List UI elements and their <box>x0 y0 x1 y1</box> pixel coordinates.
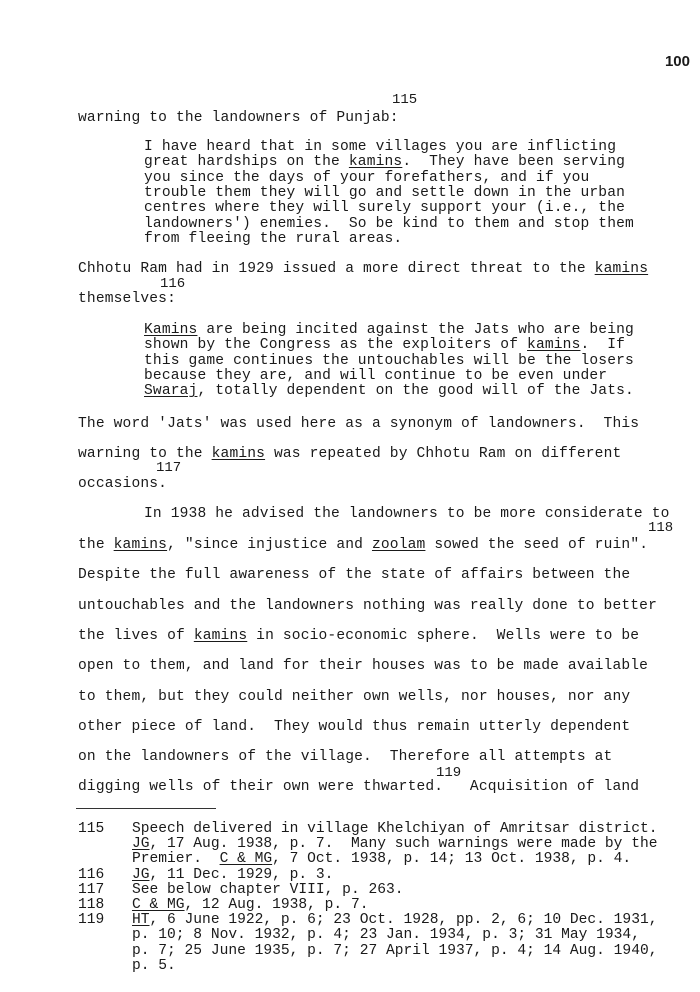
text-segment: , 7 Oct. 1938, p. 14; 13 Oct. 1938, p. 4… <box>272 851 631 867</box>
text-line: centres where they will surely support y… <box>144 200 625 216</box>
text-line: from fleeing the rural areas. <box>144 231 402 247</box>
text-line: I have heard that in some villages you a… <box>144 139 616 155</box>
text-line: Premier. C & MG, 7 Oct. 1938, p. 14; 13 … <box>132 852 631 867</box>
text-line: occasions. <box>78 476 167 492</box>
text-line: Speech delivered in village Khelchiyan o… <box>132 822 657 837</box>
underlined-term: kamins <box>527 337 580 353</box>
text-line: C & MG, 12 Aug. 1938, p. 7. <box>132 898 368 913</box>
body-line: themselves: <box>78 291 176 307</box>
body-line: warning to the landowners of Punjab: <box>78 110 399 126</box>
text-line: In 1938 he advised the landowners to be … <box>144 506 670 522</box>
text-line: Kamins are being incited against the Jat… <box>144 322 634 338</box>
text-line: great hardships on the kamins. They have… <box>144 154 625 170</box>
text-segment: Premier. <box>132 851 220 867</box>
text-line: The word 'Jats' was used here as a synon… <box>78 416 639 432</box>
text-line: landowners') enemies. So be kind to them… <box>144 216 634 232</box>
text-segment: are being incited against the Jats who a… <box>197 322 633 338</box>
text-line: the lives of kamins in socio-economic sp… <box>78 628 639 644</box>
text-segment: the lives of <box>78 628 194 644</box>
text-line: this game continues the untouchables wil… <box>144 353 634 369</box>
text-line: untouchables and the landowners nothing … <box>78 598 657 614</box>
text-line: on the landowners of the village. Theref… <box>78 749 612 765</box>
text-line: JG, 17 Aug. 1938, p. 7. Many such warnin… <box>132 837 657 852</box>
underlined-term: kamins <box>349 154 402 170</box>
underlined-term: JG <box>132 836 150 852</box>
text-segment: , 17 Aug. 1938, p. 7. Many such warnings… <box>150 836 658 852</box>
footnote-number: 118 <box>78 898 104 913</box>
footnote-ref-116: 116 <box>160 277 185 291</box>
text-segment: , "since injustice and <box>167 537 372 553</box>
underlined-term: zoolam <box>372 537 425 553</box>
text-segment: , 6 June 1922, p. 6; 23 Oct. 1928, pp. 2… <box>150 912 658 928</box>
text-line: See below chapter VIII, p. 263. <box>132 883 404 898</box>
underlined-term: Swaraj <box>144 383 197 399</box>
text-segment: , 11 Dec. 1929, p. 3. <box>150 867 334 883</box>
footnote-ref-118: 118 <box>648 521 673 535</box>
text-segment: . If <box>580 337 625 353</box>
footnote-ref-117: 117 <box>156 461 181 475</box>
text-segment: . They have been serving <box>402 154 625 170</box>
text-segment: sowed the seed of ruin". <box>425 537 648 553</box>
underlined-term: HT <box>132 912 150 928</box>
text-segment: great hardships on the <box>144 154 349 170</box>
underlined-term: kamins <box>194 628 247 644</box>
underlined-term: C & MG <box>132 897 185 913</box>
text-segment: shown by the Congress as the exploiters … <box>144 337 527 353</box>
text-line: to them, but they could neither own well… <box>78 689 630 705</box>
footnote-ref-115: 115 <box>392 93 417 107</box>
underlined-term: JG <box>132 867 150 883</box>
text-line: the kamins, "since injustice and zoolam … <box>78 537 648 553</box>
text-segment: the <box>78 537 114 553</box>
text-line: JG, 11 Dec. 1929, p. 3. <box>132 868 333 883</box>
text-line: because they are, and will continue to b… <box>144 368 607 384</box>
text-line: trouble them they will go and settle dow… <box>144 185 625 201</box>
text-line: digging wells of their own were thwarted… <box>78 779 639 795</box>
text-segment: in socio-economic sphere. Wells were to … <box>247 628 639 644</box>
text-line: Despite the full awareness of the state … <box>78 567 630 583</box>
underlined-term: kamins <box>595 261 648 277</box>
text-segment: , totally dependent on the good will of … <box>197 383 633 399</box>
footnote-number: 117 <box>78 883 104 898</box>
body-line: Chhotu Ram had in 1929 issued a more dir… <box>78 261 648 277</box>
text-line: HT, 6 June 1922, p. 6; 23 Oct. 1928, pp.… <box>132 913 657 928</box>
text-line: Swaraj, totally dependent on the good wi… <box>144 383 634 399</box>
text-line: you since the days of your forefathers, … <box>144 170 589 186</box>
text-line: open to them, and land for their houses … <box>78 658 648 674</box>
underlined-term: kamins <box>212 446 265 462</box>
text-line: shown by the Congress as the exploiters … <box>144 337 625 353</box>
text-segment: Chhotu Ram had in 1929 issued a more dir… <box>78 261 595 277</box>
footnote-number: 115 <box>78 822 104 837</box>
footnote-number: 116 <box>78 868 104 883</box>
text-line: p. 7; 25 June 1935, p. 7; 27 April 1937,… <box>132 944 657 959</box>
text-line: p. 5. <box>132 959 176 974</box>
text-segment: was repeated by Chhotu Ram on different <box>265 446 621 462</box>
text-line: other piece of land. They would thus rem… <box>78 719 630 735</box>
footnote-divider <box>76 808 216 809</box>
page-number: 100 <box>665 53 690 70</box>
text-segment: , 12 Aug. 1938, p. 7. <box>185 897 369 913</box>
text-line: p. 10; 8 Nov. 1932, p. 4; 23 Jan. 1934, … <box>132 928 640 943</box>
underlined-term: kamins <box>114 537 167 553</box>
footnote-ref-119: 119 <box>436 766 461 780</box>
underlined-term: Kamins <box>144 322 197 338</box>
footnote-number: 119 <box>78 913 104 928</box>
underlined-term: C & MG <box>220 851 273 867</box>
text-segment: warning to the <box>78 446 212 462</box>
